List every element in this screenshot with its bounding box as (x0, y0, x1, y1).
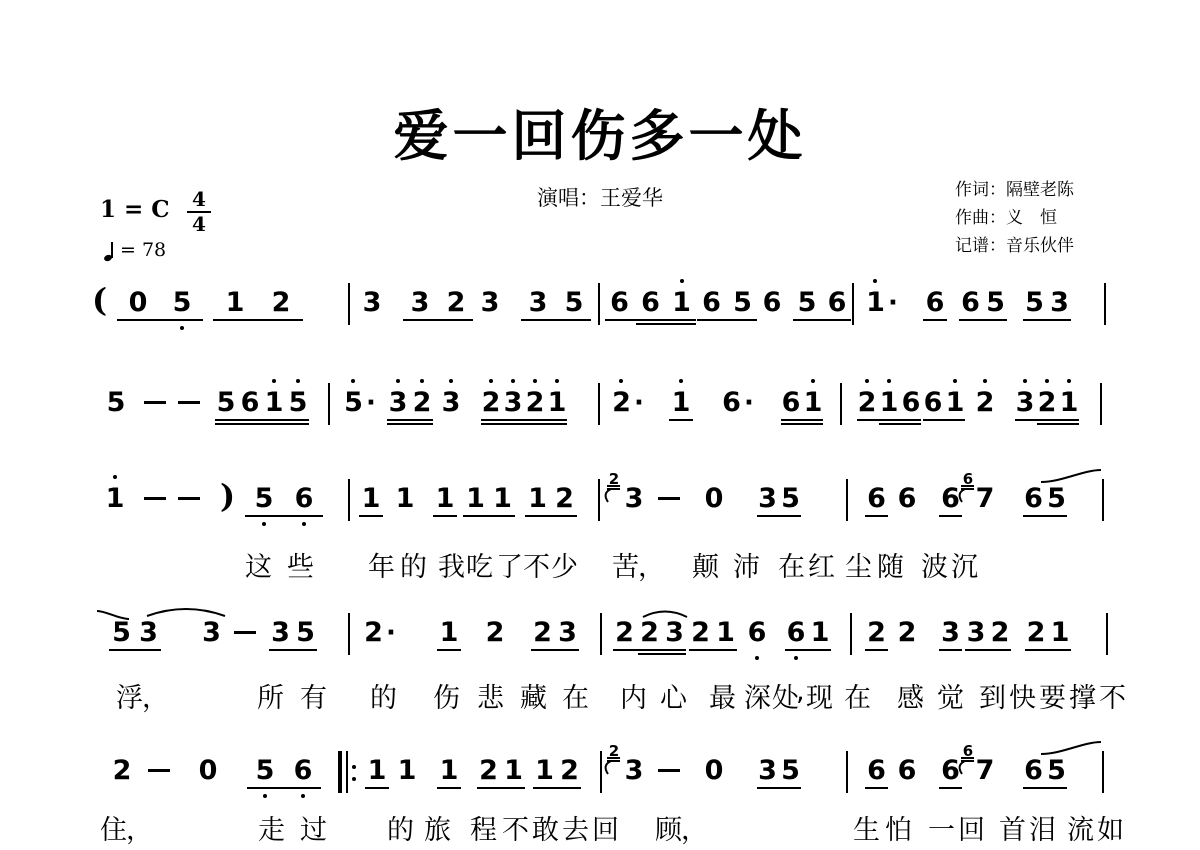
note: 5 (214, 388, 238, 418)
beam-group: 23 (530, 618, 580, 648)
beam-line (1023, 515, 1067, 517)
note: 6 (758, 288, 786, 318)
beam-group: 35 (268, 618, 318, 648)
barline (348, 479, 350, 521)
note: 1 (436, 618, 462, 648)
beam-line (437, 787, 461, 789)
note: 3 (438, 388, 464, 418)
octave-dot-high (511, 379, 515, 383)
beam-group: 1 (364, 756, 390, 786)
lyric-char: 一 (928, 808, 955, 847)
beam-group: 3 (938, 618, 963, 648)
lyric-char: 怕 (885, 808, 912, 847)
beam-line (857, 419, 921, 421)
lyric-char: 住 (100, 808, 127, 847)
beam-group: 0 (700, 484, 728, 514)
note: 1 (102, 484, 128, 514)
beam-line (477, 787, 525, 789)
beam-line (613, 649, 686, 651)
octave-dot-high (555, 379, 559, 383)
lyric-char: 首 (999, 808, 1026, 847)
lyric-char: 现 (806, 676, 833, 715)
note: 2 (108, 756, 136, 786)
beam-group: 5 (102, 388, 130, 418)
beam-line (939, 515, 962, 517)
beam-group: 65 (1022, 756, 1068, 786)
note: 5 (727, 288, 758, 318)
lyric-char: , (796, 676, 805, 707)
beam-group: 321 (1014, 388, 1080, 418)
beam-group: 56 (792, 288, 852, 318)
beam-line (785, 649, 831, 651)
barline (1104, 283, 1106, 325)
octave-dot-high (533, 379, 537, 383)
beam-group: 2 (108, 756, 136, 786)
beam-line (605, 319, 696, 321)
beam-line (365, 787, 389, 789)
octave-dot-high (489, 379, 493, 383)
note: 2 (637, 618, 662, 648)
beam-line (879, 423, 921, 425)
sustain-dash (658, 497, 680, 500)
note: 2 (410, 388, 434, 418)
beam-line (531, 649, 579, 651)
aug-dot: · (386, 618, 396, 648)
slur-arc (1040, 740, 1102, 759)
slur-arc (1040, 468, 1102, 487)
note: 6 (1022, 756, 1045, 786)
note: 1 (436, 756, 462, 786)
octave-dot-high (619, 379, 623, 383)
lyric-char: 伤 (433, 676, 460, 715)
note: 1 (358, 484, 384, 514)
note: 7 (972, 484, 998, 514)
notation-line: 1)561111112230356666765 (0, 484, 1200, 544)
lyric-char: 我 (438, 545, 465, 584)
lyric-char: 如 (1097, 808, 1124, 847)
beam-group: 65 (1022, 484, 1068, 514)
beam-line (269, 649, 317, 651)
beam-group: 3 (198, 618, 225, 648)
note: 6 (922, 288, 948, 318)
note: 6 (284, 484, 324, 514)
beam-group: 7 (972, 756, 998, 786)
note: 5 (779, 756, 802, 786)
aug-dot: · (888, 288, 898, 318)
beam-group: 2· (358, 618, 402, 648)
beam-group: 61 (922, 388, 966, 418)
beam-line (387, 419, 433, 421)
beam-group: 1 (102, 484, 128, 514)
lyric-char: 程 (470, 808, 497, 847)
beam-group: 32 (386, 388, 434, 418)
beam-line (463, 515, 515, 517)
phrase-paren: ( (92, 281, 107, 319)
lyric-char: 随 (877, 545, 904, 584)
note: 1 (666, 288, 697, 318)
beam-group: 65 (696, 288, 758, 318)
beam-group: 35 (756, 756, 802, 786)
beam-line (638, 653, 686, 655)
lyric-char: 少 (551, 545, 578, 584)
barline (1102, 479, 1104, 521)
beam-line (215, 423, 309, 425)
octave-dot-high (351, 379, 355, 383)
note: 1 (878, 388, 900, 418)
beam-line (669, 419, 693, 421)
beam-group: 7 (972, 484, 998, 514)
beam-group: 53 (1022, 288, 1072, 318)
note: 3 (756, 484, 779, 514)
lyric-char: 的 (387, 808, 414, 847)
note: 1 (546, 388, 568, 418)
note: 1 (394, 756, 420, 786)
beam-line (697, 319, 757, 321)
lyric-char: 到 (979, 676, 1006, 715)
beam-line (865, 515, 888, 517)
beam-line (403, 319, 473, 321)
note: 5 (1045, 756, 1068, 786)
beam-line (525, 515, 577, 517)
note: 1 (489, 484, 516, 514)
note: 5 (1045, 484, 1068, 514)
lyric-char: ， (638, 545, 665, 584)
beam-group: 6 (744, 618, 770, 648)
note: 5 (556, 288, 592, 318)
octave-dot-high (449, 379, 453, 383)
note: 3 (358, 288, 386, 318)
lyric-char: 浮 (116, 676, 143, 715)
note: 6 (604, 288, 635, 318)
beam-group: 1 (392, 484, 418, 514)
note: 1 (668, 388, 694, 418)
note: 6 (1022, 484, 1045, 514)
note: 6 (784, 618, 808, 648)
barline (846, 751, 848, 793)
lyric-char: 要 (1039, 676, 1066, 715)
note: 6 (780, 388, 802, 418)
beam-group: 0 (194, 756, 222, 786)
lyric-char: 心 (660, 676, 687, 715)
lyric-char: 些 (287, 545, 314, 584)
beam-group: 1 (436, 756, 462, 786)
note: 2 (524, 388, 546, 418)
beam-group: 1 (436, 618, 462, 648)
lyric-char: 在 (778, 545, 805, 584)
note: 6 (238, 388, 262, 418)
beam-group: 6 (864, 756, 889, 786)
lyric-char: 不 (502, 808, 529, 847)
note: 3 (620, 756, 648, 786)
lyric-char: 了 (496, 545, 523, 584)
octave-dot-high (983, 379, 987, 383)
beam-group: 05 (116, 288, 204, 318)
slur-arc (642, 603, 688, 622)
lyric-char: 在 (562, 676, 589, 715)
beam-line (793, 319, 851, 321)
note: 1· (860, 288, 904, 318)
lyric-char: 吃 (466, 545, 493, 584)
note: 2 (864, 618, 889, 648)
beam-line (1015, 419, 1079, 421)
beam-line (481, 419, 567, 421)
barline (840, 383, 842, 425)
note: 1 (802, 388, 824, 418)
lyric-char: 沉 (951, 545, 978, 584)
beam-line (1025, 649, 1071, 651)
lyric-char: ， (142, 676, 169, 715)
barline (598, 479, 600, 521)
beam-line (781, 423, 823, 425)
note: 2 (476, 756, 501, 786)
beam-line (533, 787, 581, 789)
note: 3 (476, 288, 504, 318)
barline (1102, 751, 1104, 793)
notation-line: 533352·1223223216612233221 (0, 618, 1200, 678)
beam-group: 53 (108, 618, 162, 648)
note: 6· (716, 388, 760, 418)
lyric-char: 年 (368, 545, 395, 584)
note: 3 (938, 618, 963, 648)
note: 2 (988, 618, 1012, 648)
lyric-char: 藏 (520, 676, 547, 715)
beam-line (481, 423, 567, 425)
beam-line (965, 649, 1011, 651)
lyric-char: 不 (523, 545, 550, 584)
beam-line (1023, 319, 1071, 321)
note: 5 (102, 388, 130, 418)
beam-group: 61 (780, 388, 824, 418)
beam-group: 6 (864, 484, 889, 514)
note: 6 (922, 388, 944, 418)
beam-group: 1 (394, 756, 420, 786)
lyric-char: 回 (958, 808, 985, 847)
beam-line (865, 649, 888, 651)
lyric-char: 不 (1099, 676, 1126, 715)
sustain-dash (178, 497, 200, 500)
note: 5 (246, 756, 284, 786)
barline (852, 283, 854, 325)
sustain-dash (234, 631, 256, 634)
sustain-dash (144, 497, 166, 500)
note: 2 (551, 484, 578, 514)
lyric-char: ， (681, 808, 708, 847)
note: 3 (756, 756, 779, 786)
note: 3 (1014, 388, 1036, 418)
repeat-dot (352, 765, 356, 769)
note: 1 (713, 618, 738, 648)
lyric-char: 颠 (692, 545, 719, 584)
repeat-dot (352, 777, 356, 781)
beam-group: 56 (244, 484, 324, 514)
lyric-char: 撑 (1069, 676, 1096, 715)
note: 5 (108, 618, 135, 648)
octave-dot-low (262, 522, 266, 526)
beam-group: 12 (212, 288, 304, 318)
note: 6 (900, 388, 922, 418)
beam-line (359, 515, 383, 517)
note: 0 (700, 484, 728, 514)
note: 2 (972, 388, 998, 418)
barline (348, 613, 350, 655)
octave-dot-low (794, 656, 798, 660)
beam-group: 3 (476, 288, 504, 318)
beam-group: 56 (246, 756, 322, 786)
lyric-char: 生 (853, 808, 880, 847)
note: 1 (392, 484, 418, 514)
octave-dot-high (887, 379, 891, 383)
beam-group: 21 (1024, 618, 1072, 648)
note: 3 (268, 618, 293, 648)
note: 1 (501, 756, 526, 786)
beam-group: 5· (338, 388, 382, 418)
beam-group: 6 (922, 288, 948, 318)
lyric-char: 敢 (532, 808, 559, 847)
note: 1 (944, 388, 966, 418)
note: 0 (700, 756, 728, 786)
note: 6 (894, 484, 920, 514)
beam-line (213, 319, 303, 321)
octave-dot-high (1067, 379, 1071, 383)
lyric-char: 尘 (845, 545, 872, 584)
barline (598, 283, 600, 325)
lyric-char: 有 (300, 676, 327, 715)
lyric-char: 这 (245, 545, 272, 584)
barline (846, 479, 848, 521)
beam-group: 223 (612, 618, 687, 648)
note: 1 (532, 756, 557, 786)
octave-dot-high (1045, 379, 1049, 383)
note: 5 (792, 288, 822, 318)
octave-dot-high (296, 379, 300, 383)
note: 2 (856, 388, 878, 418)
sheet-music-page: 爱一回伤多一处 演唱：王爱华 作词：隔壁老陈 作曲：义 恒 记谱：音乐伙伴 1 … (0, 0, 1200, 850)
note: 1 (524, 484, 551, 514)
lyric-char: 去 (562, 808, 589, 847)
beam-line (939, 649, 962, 651)
note: 2 (612, 618, 637, 648)
phrase-paren: ) (220, 477, 235, 515)
octave-dot-high (113, 475, 117, 479)
lyric-char: 流 (1067, 808, 1094, 847)
beam-group: 2· (606, 388, 650, 418)
lyric-char: 苦 (612, 545, 639, 584)
lyric-char: 内 (620, 676, 647, 715)
beam-group: 21 (476, 756, 526, 786)
note: 6 (894, 756, 920, 786)
lyric-char: 的 (400, 545, 427, 584)
octave-dot-high (953, 379, 957, 383)
beam-line (433, 515, 457, 517)
beam-group: 661 (604, 288, 697, 318)
barline (328, 383, 330, 425)
note: 1 (808, 618, 832, 648)
note: 5 (983, 288, 1008, 318)
note: 2 (1024, 618, 1048, 648)
beam-line (437, 649, 461, 651)
beam-line (757, 787, 801, 789)
beam-line (109, 649, 161, 651)
note: 5 (244, 484, 284, 514)
lyric-char: 快 (1009, 676, 1036, 715)
note: 5 (1022, 288, 1047, 318)
note: 3 (620, 484, 648, 514)
barline (598, 383, 600, 425)
aug-dot: · (744, 388, 754, 418)
octave-dot-high (873, 279, 877, 283)
beam-line (1037, 423, 1079, 425)
beam-group: 6· (716, 388, 760, 418)
sustain-dash (144, 401, 166, 404)
note: 3 (135, 618, 162, 648)
beam-line (959, 319, 1007, 321)
note: 0 (116, 288, 160, 318)
note: 6 (635, 288, 666, 318)
beam-group: 6 (758, 288, 786, 318)
beam-line (865, 787, 888, 789)
aug-dot: · (634, 388, 644, 418)
note: 3 (502, 388, 524, 418)
lyric-char: 波 (921, 545, 948, 584)
note: 2 (688, 618, 713, 648)
grace-beam (607, 485, 620, 487)
note: 1 (462, 484, 489, 514)
beam-group: 1 (432, 484, 458, 514)
octave-dot-low (263, 794, 267, 798)
beam-group: 216 (856, 388, 922, 418)
beam-line (781, 419, 823, 421)
note: 2 (258, 288, 304, 318)
lyric-char: 走 (258, 808, 285, 847)
note: 2 (557, 756, 582, 786)
beam-line (923, 419, 965, 421)
beam-group: 2 (972, 388, 998, 418)
barline (348, 283, 350, 325)
note: 1 (262, 388, 286, 418)
beam-group: 35 (520, 288, 592, 318)
beam-line (757, 515, 801, 517)
beam-line (923, 319, 947, 321)
lyric-char: 沛 (733, 545, 760, 584)
beam-group: 32 (964, 618, 1012, 648)
beam-group: 3 (438, 388, 464, 418)
repeat-barline (338, 751, 342, 793)
notation-line: 20561112112230356666765 (0, 756, 1200, 816)
beam-group: 35 (756, 484, 802, 514)
octave-dot-high (272, 379, 276, 383)
octave-dot-low (302, 522, 306, 526)
beam-line (1023, 787, 1067, 789)
note: 6 (744, 618, 770, 648)
note: 5· (338, 388, 382, 418)
beam-line (636, 323, 696, 325)
beam-group: 32 (402, 288, 474, 318)
note: 6 (284, 756, 322, 786)
octave-dot-high (865, 379, 869, 383)
sustain-dash (658, 769, 680, 772)
beam-group: 21 (688, 618, 738, 648)
lyric-char: 悲 (477, 676, 504, 715)
lyric-char: 感 (897, 676, 924, 715)
beam-group: 12 (532, 756, 582, 786)
notation-line: (0512332335661656561·66553 (0, 288, 1200, 348)
lyric-char: 红 (808, 545, 835, 584)
note: 3 (520, 288, 556, 318)
note: 3 (964, 618, 988, 648)
beam-group: 2 (864, 618, 889, 648)
beam-group: 3 (620, 484, 648, 514)
lyric-char: 泪 (1029, 808, 1056, 847)
